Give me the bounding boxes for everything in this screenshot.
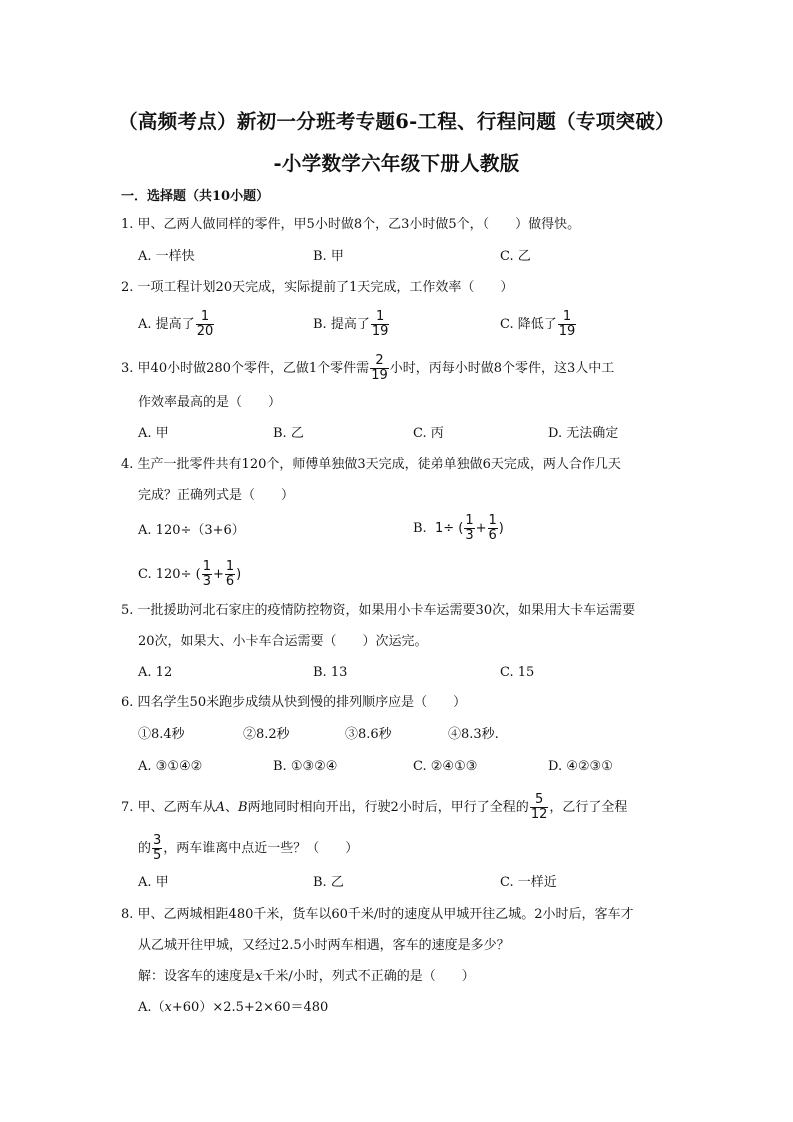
fraction: 512: [530, 793, 549, 822]
q5-option-c: C. 15: [500, 664, 534, 682]
question-1: 1. 甲、乙两人做同样的零件，甲5小时做8个，乙3小时做5个，（ ）做得快。: [121, 216, 580, 234]
question-4-cont: 完成？正确列式是（ ）: [138, 487, 294, 505]
q6-item-1: ①8.4秒: [138, 726, 185, 744]
page-title-line1: （高频考点）新初一分班考专题6-工程、行程问题（专项突破）: [0, 106, 793, 134]
fraction: 120: [196, 310, 215, 339]
fraction: 119: [558, 310, 577, 339]
q2-option-b: B. 提高了119: [313, 310, 390, 339]
q6-item-3: ③8.6秒: [345, 726, 392, 744]
q1-option-c: C. 乙: [500, 248, 531, 266]
fraction: 13: [464, 514, 474, 543]
q4-option-a: A. 120÷（3+6）: [138, 522, 245, 540]
q2-option-c: C. 降低了119: [500, 310, 577, 339]
fraction: 219: [370, 354, 389, 383]
question-3-cont: 作效率最高的是（ ）: [138, 394, 281, 412]
question-5-cont: 20次，如果大、小卡车合运需要（ ）次运完。: [138, 633, 428, 651]
q4-option-b: B. 1÷ (13+16): [413, 514, 504, 543]
question-3: 3. 甲40小时做280个零件，乙做1个零件需219小时，丙每小时做8个零件，这…: [121, 354, 614, 383]
q5-option-b: B. 13: [313, 664, 347, 682]
question-5: 5. 一批援助河北石家庄的疫情防控物资，如果用小卡车运需要30次，如果用大卡车运…: [121, 602, 635, 620]
question-4: 4. 生产一批零件共有120个，师傅单独做3天完成，徒弟单独做6天完成，两人合作…: [121, 456, 621, 474]
question-8-solution: 解：设客车的速度是x千米/小时，列式不正确的是（ ）: [138, 968, 475, 986]
section-heading: 一．选择题（共10小题）: [121, 185, 269, 204]
q3-option-c: C. 丙: [413, 425, 444, 443]
question-6: 6. 四名学生50米跑步成绩从快到慢的排列顺序应是（ ）: [121, 694, 466, 712]
fraction: 119: [371, 310, 390, 339]
q1-option-b: B. 甲: [313, 248, 344, 266]
q3-option-a: A. 甲: [138, 425, 169, 443]
q6-option-b: B. ①③②④: [273, 758, 337, 776]
question-8-cont: 从乙城开往甲城，又经过2.5小时两车相遇，客车的速度是多少？: [138, 937, 510, 955]
fraction: 13: [202, 560, 212, 589]
q2-option-a: A. 提高了120: [138, 310, 215, 339]
q6-option-d: D. ④②③①: [548, 758, 613, 776]
q3-option-b: B. 乙: [273, 425, 304, 443]
q6-option-c: C. ②④①③: [413, 758, 477, 776]
q3-option-d: D. 无法确定: [548, 425, 618, 443]
fraction: 16: [225, 560, 235, 589]
q7-option-a: A. 甲: [138, 874, 169, 892]
question-2: 2. 一项工程计划20天完成，实际提前了1天完成，工作效率（ ）: [121, 279, 513, 297]
q5-option-a: A. 12: [138, 664, 172, 682]
q6-item-4: ④8.3秒.: [448, 726, 499, 744]
question-8: 8. 甲、乙两城相距480千米，货车以60千米/时的速度从甲城开往乙城。2小时后…: [121, 906, 634, 924]
q4-option-c: C. 120÷ (13+16): [138, 560, 241, 589]
q6-option-a: A. ③①④②: [138, 758, 202, 776]
question-7: 7. 甲、乙两车从A、B两地同时相向开出，行驶2小时后，甲行了全程的512，乙行…: [121, 793, 627, 822]
q7-option-c: C. 一样近: [500, 874, 557, 892]
fraction: 16: [488, 514, 498, 543]
question-text: 甲、乙两人做同样的零件，甲5小时做8个，乙3小时做5个，（ ）做得快。: [138, 217, 581, 232]
fraction: 35: [152, 834, 162, 863]
question-number: 1.: [121, 217, 133, 232]
q6-item-2: ②8.2秒: [243, 726, 290, 744]
q1-option-a: A. 一样快: [138, 248, 195, 266]
question-7-cont: 的35，两车谁离中点近一些？（ ）: [138, 834, 358, 863]
q7-option-b: B. 乙: [313, 874, 344, 892]
q8-option-a: A.（x+60）×2.5+2×60＝480: [138, 999, 328, 1017]
page-title-line2: -小学数学六年级下册人教版: [0, 148, 793, 176]
